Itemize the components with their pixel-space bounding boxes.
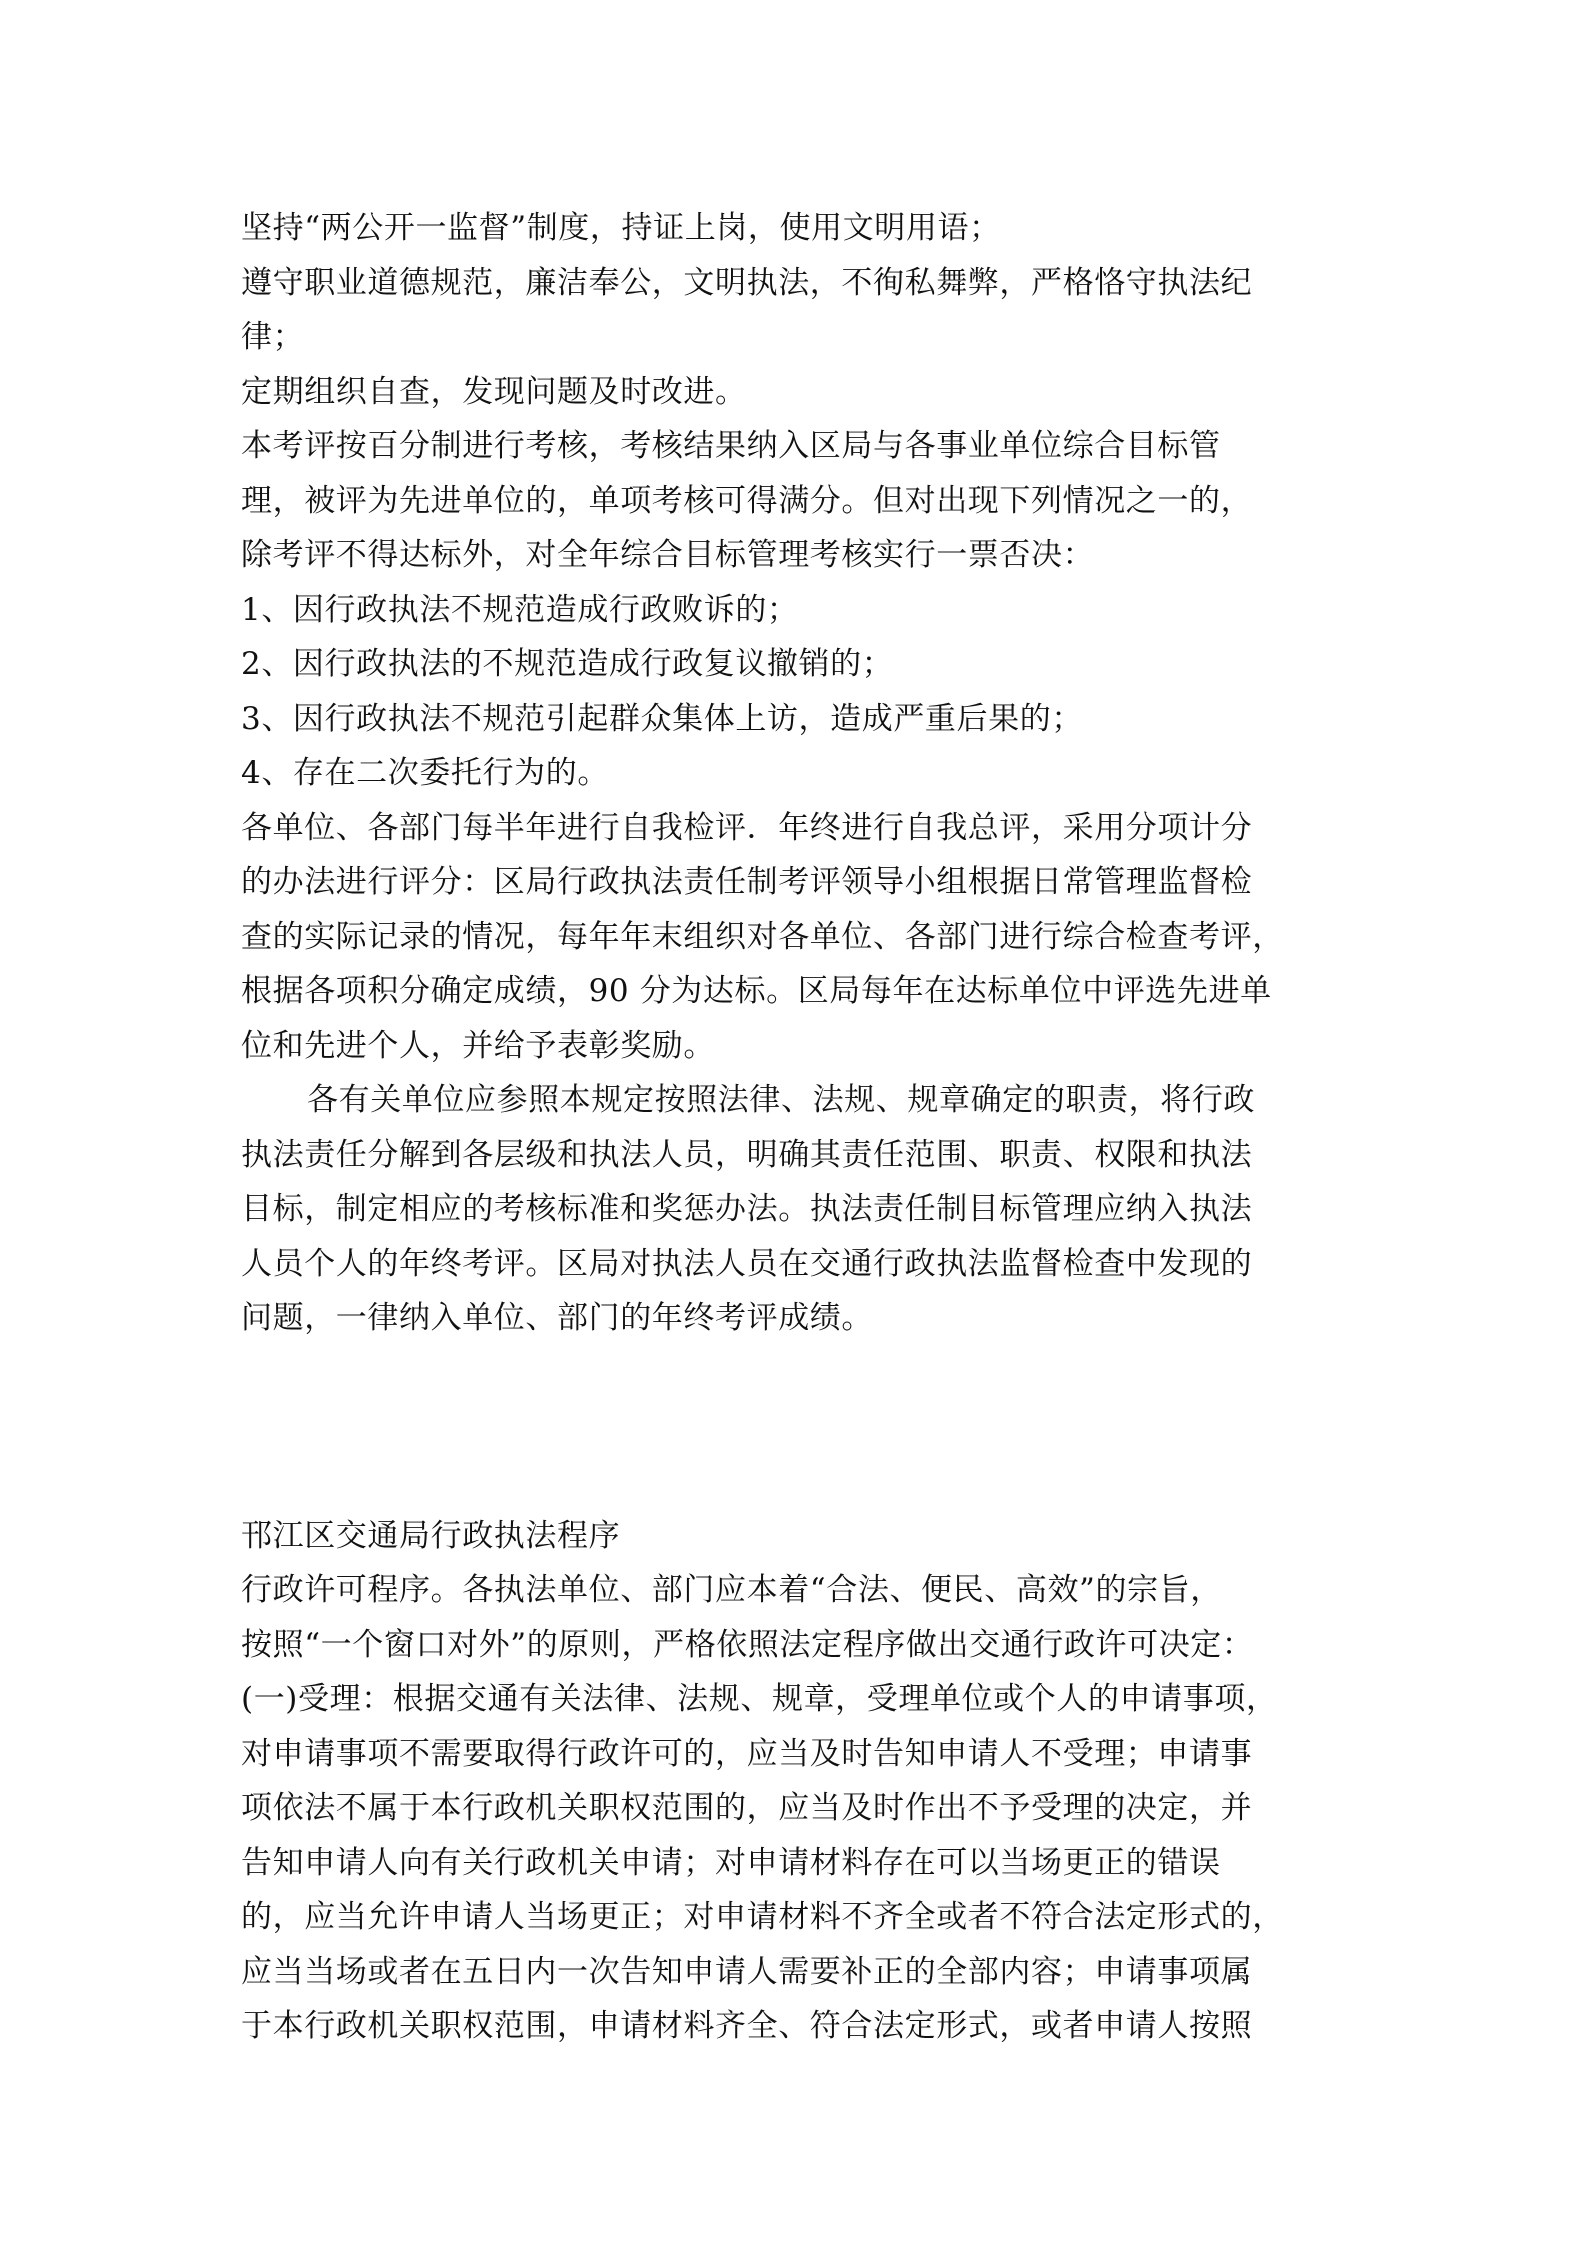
indented-paragraph: 各有关单位应参照本规定按照法律、法规、规章确定的职责，将行政 执法责任分解到各层… (241, 1073, 1351, 1346)
text-line: 行政许可程序。各执法单位、部门应本着“合法、便民、高效”的宗旨， (241, 1563, 1351, 1618)
veto-item-2: 2、因行政执法的不规范造成行政复议撤销的； (241, 637, 1351, 692)
text-line: 各单位、各部门每半年进行自我检评．年终进行自我总评，采用分项计分 (241, 801, 1351, 856)
text-line: 对申请事项不需要取得行政许可的，应当及时告知申请人不受理；申请事 (241, 1727, 1351, 1782)
text-line: 项依法不属于本行政机关职权范围的，应当及时作出不予受理的决定，并 (241, 1781, 1351, 1836)
text-line: 告知申请人向有关行政机关申请；对申请材料存在可以当场更正的错误 (241, 1836, 1351, 1891)
text-line: 律； (241, 310, 1351, 365)
text-line: 人员个人的年终考评。区局对执法人员在交通行政执法监督检查中发现的 (241, 1237, 1351, 1292)
text-line: 的办法进行评分：区局行政执法责任制考评领导小组根据日常管理监督检 (241, 855, 1351, 910)
text-line: 坚持“两公开一监督”制度，持证上岗，使用文明用语； (241, 201, 1351, 256)
text-line: 各有关单位应参照本规定按照法律、法规、规章确定的职责，将行政 (241, 1073, 1351, 1128)
text-line: 的，应当允许申请人当场更正；对申请材料不齐全或者不符合法定形式的， (241, 1890, 1351, 1945)
procedure-section: 邗江区交通局行政执法程序 行政许可程序。各执法单位、部门应本着“合法、便民、高效… (241, 1509, 1351, 2054)
text-line: 按照“一个窗口对外”的原则，严格依照法定程序做出交通行政许可决定： (241, 1618, 1351, 1673)
text-line: 定期组织自查，发现问题及时改进。 (241, 365, 1351, 420)
section-heading: 邗江区交通局行政执法程序 (241, 1509, 1351, 1564)
text-line: 位和先进个人，并给予表彰奖励。 (241, 1019, 1351, 1074)
text-line: (一)受理：根据交通有关法律、法规、规章，受理单位或个人的申请事项， (241, 1672, 1351, 1727)
text-line: 本考评按百分制进行考核，考核结果纳入区局与各事业单位综合目标管 (241, 419, 1351, 474)
section-spacer (241, 1346, 1351, 1509)
text-line: 遵守职业道德规范，廉洁奉公，文明执法，不徇私舞弊，严格恪守执法纪 (241, 256, 1351, 311)
text-line: 执法责任分解到各层级和执法人员，明确其责任范围、职责、权限和执法 (241, 1128, 1351, 1183)
document-page: 坚持“两公开一监督”制度，持证上岗，使用文明用语； 遵守职业道德规范，廉洁奉公，… (241, 201, 1351, 2054)
rules-list-section: 坚持“两公开一监督”制度，持证上岗，使用文明用语； 遵守职业道德规范，廉洁奉公，… (241, 201, 1351, 1073)
text-line: 目标，制定相应的考核标准和奖惩办法。执法责任制目标管理应纳入执法 (241, 1182, 1351, 1237)
text-line: 根据各项积分确定成绩，90 分为达标。区局每年在达标单位中评选先进单 (241, 964, 1351, 1019)
veto-item-3: 3、因行政执法不规范引起群众集体上访，造成严重后果的； (241, 692, 1351, 747)
text-line: 除考评不得达标外，对全年综合目标管理考核实行一票否决： (241, 528, 1351, 583)
text-line: 理，被评为先进单位的，单项考核可得满分。但对出现下列情况之一的， (241, 474, 1351, 529)
veto-item-4: 4、存在二次委托行为的。 (241, 746, 1351, 801)
text-line: 于本行政机关职权范围，申请材料齐全、符合法定形式，或者申请人按照 (241, 1999, 1351, 2054)
text-line: 查的实际记录的情况，每年年末组织对各单位、各部门进行综合检查考评， (241, 910, 1351, 965)
text-line: 问题，一律纳入单位、部门的年终考评成绩。 (241, 1291, 1351, 1346)
veto-item-1: 1、因行政执法不规范造成行政败诉的； (241, 583, 1351, 638)
text-line: 应当当场或者在五日内一次告知申请人需要补正的全部内容；申请事项属 (241, 1945, 1351, 2000)
